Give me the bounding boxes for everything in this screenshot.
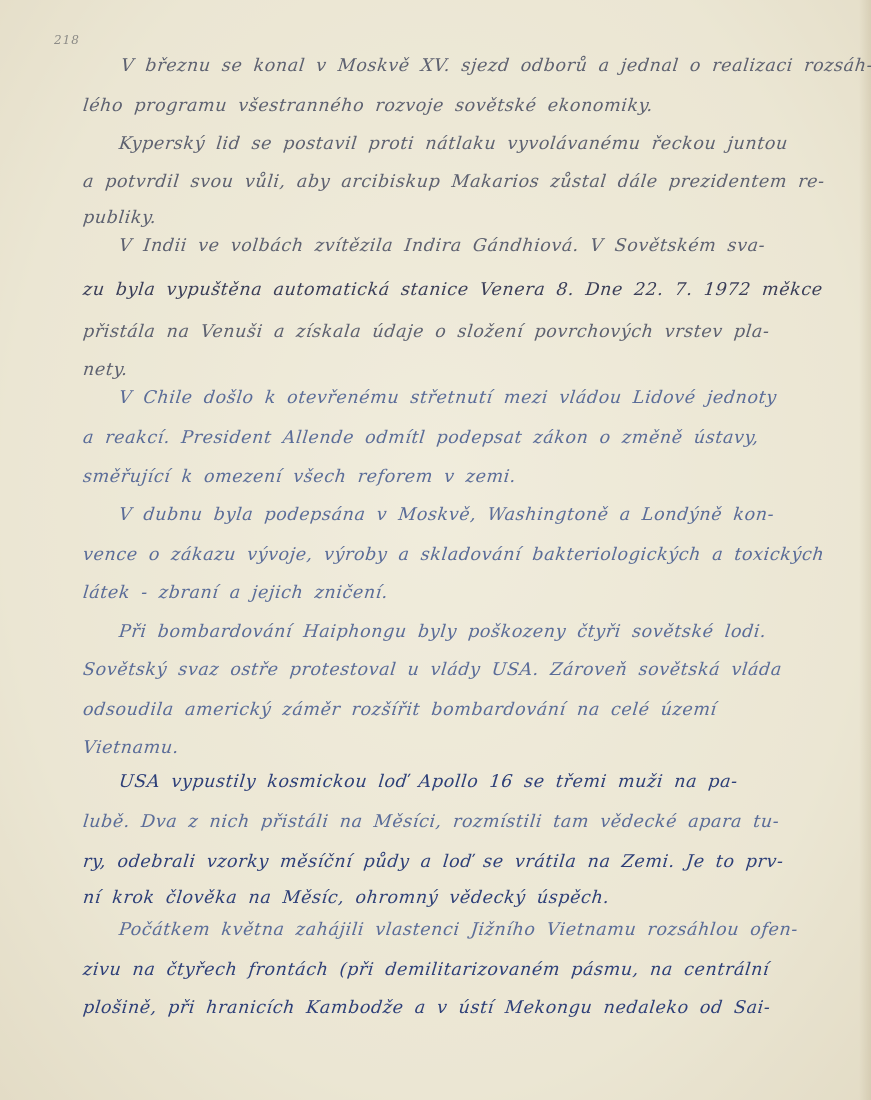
text-line: USA vypustily kosmickou loď Apollo 16 se…	[118, 772, 739, 792]
text-line: lubě. Dva z nich přistáli na Měsíci, roz…	[82, 812, 780, 832]
text-line: ní krok člověka na Měsíc, ohromný vědeck…	[82, 888, 611, 908]
text-line: V březnu se konal v Moskvě XV. sjezd odb…	[120, 56, 871, 76]
text-line: Vietnamu.	[82, 738, 180, 758]
text-line: plošině, při hranicích Kambodže a v ústí…	[82, 998, 771, 1018]
page-number: 218	[54, 33, 80, 47]
text-line: nety.	[82, 360, 129, 380]
text-line: a reakcí. President Allende odmítl podep…	[82, 428, 760, 448]
page-edge-shadow	[859, 0, 871, 1100]
text-line: Kyperský lid se postavil proti nátlaku v…	[118, 134, 789, 154]
paper-page: 218 V březnu se konal v Moskvě XV. sjezd…	[0, 0, 871, 1100]
text-line: publiky.	[82, 208, 158, 228]
text-line: zivu na čtyřech frontách (při demilitari…	[82, 960, 770, 980]
text-line: směřující k omezení všech reforem v zemi…	[82, 467, 517, 487]
text-line: V Indii ve volbách zvítězila Indira Gánd…	[118, 236, 766, 256]
text-line: Sovětský svaz ostře protestoval u vlády …	[82, 660, 783, 680]
text-line: přistála na Venuši a získala údaje o slo…	[82, 322, 771, 342]
text-line: V dubnu byla podepsána v Moskvě, Washing…	[118, 505, 775, 525]
text-line: odsoudila americký záměr rozšířit bombar…	[82, 700, 718, 720]
text-line: a potvrdil svou vůli, aby arcibiskup Mak…	[82, 172, 826, 192]
text-line: ry, odebrali vzorky měsíční půdy a loď s…	[82, 852, 785, 872]
text-line: Počátkem května zahájili vlastenci Jižní…	[118, 920, 799, 940]
text-line: V Chile došlo k otevřenému střetnutí mez…	[118, 388, 778, 408]
text-line: vence o zákazu vývoje, výroby a skladová…	[82, 545, 825, 565]
text-line: látek - zbraní a jejich zničení.	[82, 583, 389, 603]
text-line: lého programu všestranného rozvoje sovět…	[82, 96, 654, 116]
text-line: zu byla vypuštěna automatická stanice Ve…	[82, 280, 824, 300]
text-line: Při bombardování Haiphongu byly poškozen…	[118, 622, 767, 642]
